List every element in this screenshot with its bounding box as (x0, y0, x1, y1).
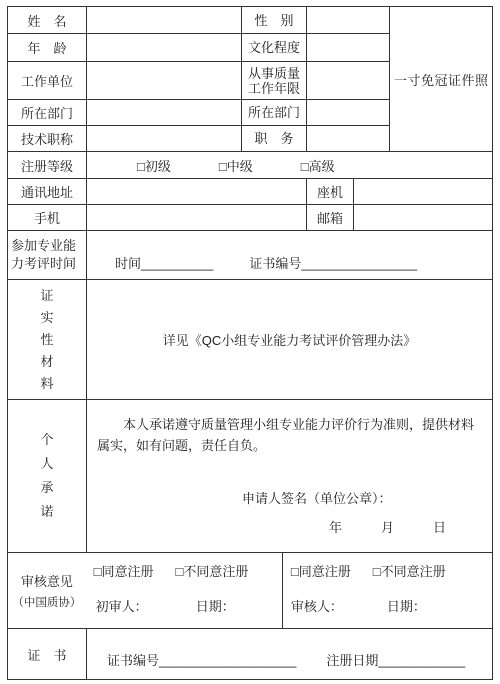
first-reviewer-field[interactable]: 初审人： (96, 596, 148, 615)
certificate-content: 证书编号___________________ 注册日期____________ (86, 629, 492, 679)
first-review-date-field[interactable]: 日期： (196, 596, 235, 615)
evidence-label: 证实性材料 (40, 285, 55, 395)
exam-cert-no-field[interactable]: 证书编号________________ (249, 253, 417, 272)
personal-info-grid: 姓 名 性 别 年 龄 文化程度 工作单位 从事质量工作年限 所在部门 所在部 (8, 7, 389, 151)
department2-label: 所在部门 (241, 100, 306, 125)
email-label: 邮箱 (306, 205, 353, 230)
register-level-row: 注册等级 □初级 □中级 □高级 (8, 151, 492, 178)
department2-input-cell[interactable] (306, 100, 389, 125)
checkbox-second-agree[interactable]: □同意注册 (291, 561, 351, 580)
department-label: 所在部门 (8, 100, 86, 125)
address-input-cell[interactable] (86, 179, 306, 204)
evidence-row: 证实性材料 详见《QC小组专业能力考试评价管理办法》 (8, 279, 492, 399)
first-review-options: □同意注册 □不同意注册 (94, 561, 282, 580)
tech-title-input-cell[interactable] (86, 126, 241, 151)
address-row: 通讯地址 座机 (8, 178, 492, 204)
gender-input-cell[interactable] (306, 7, 389, 33)
tech-title-label: 技术职称 (8, 126, 86, 151)
checkbox-junior[interactable]: □初级 (137, 156, 171, 175)
position-input-cell[interactable] (306, 126, 389, 151)
table-row: 工作单位 从事质量工作年限 (8, 61, 389, 99)
registration-date-field[interactable]: 注册日期____________ (326, 650, 465, 669)
work-unit-label: 工作单位 (8, 62, 86, 99)
checkbox-first-agree[interactable]: □同意注册 (94, 561, 154, 580)
exam-time-label: 参加专业能力考评时间 (8, 231, 86, 279)
second-review-date-field[interactable]: 日期： (387, 596, 426, 615)
education-label: 文化程度 (241, 34, 306, 61)
certificate-label: 证 书 (8, 629, 86, 679)
review-label: 审核意见 (21, 571, 73, 590)
exam-time-row: 参加专业能力考评时间 时间__________ 证书编号____________… (8, 230, 492, 279)
register-level-options: □初级 □中级 □高级 (86, 152, 492, 178)
commitment-label-cell: 个人承诺 (8, 400, 86, 552)
certificate-no-field[interactable]: 证书编号___________________ (107, 650, 296, 669)
table-row: 技术职称 职 务 (8, 125, 389, 151)
name-label: 姓 名 (8, 7, 86, 33)
review-org-label: （中国质协） (12, 594, 81, 610)
department-input-cell[interactable] (86, 100, 241, 125)
quality-years-label: 从事质量工作年限 (241, 62, 306, 99)
commitment-statement: 本人承诺遵守质量管理小组专业能力评价行为准则，提供材料属实，如有问题，责任自负。 (97, 414, 486, 456)
table-row: 所在部门 所在部门 (8, 99, 389, 125)
second-review-options: □同意注册 □不同意注册 (291, 561, 492, 580)
exam-time-field[interactable]: 时间__________ (115, 253, 213, 272)
table-row: 姓 名 性 别 (8, 7, 389, 33)
first-review-fields: 初审人： 日期： (94, 596, 282, 615)
email-input-cell[interactable] (353, 205, 492, 230)
applicant-signature-line[interactable]: 申请人签名（单位公章）： (97, 488, 486, 507)
position-label: 职 务 (241, 126, 306, 151)
review-label-cell: 审核意见 （中国质协） (8, 553, 86, 628)
review-row: 审核意见 （中国质协） □同意注册 □不同意注册 初审人： 日期： □同意注册 … (8, 552, 492, 628)
gender-label: 性 别 (241, 7, 306, 33)
work-unit-input-cell[interactable] (86, 62, 241, 99)
checkbox-senior[interactable]: □高级 (301, 156, 335, 175)
mobile-input-cell[interactable] (86, 205, 306, 230)
photo-placeholder-cell: 一寸免冠证件照 (389, 7, 492, 151)
evidence-content: 详见《QC小组专业能力考试评价管理办法》 (86, 280, 492, 399)
second-review-cell: □同意注册 □不同意注册 审核人： 日期： (282, 553, 492, 628)
checkbox-second-disagree[interactable]: □不同意注册 (373, 561, 446, 580)
mobile-label: 手机 (8, 205, 86, 230)
personal-info-section: 姓 名 性 别 年 龄 文化程度 工作单位 从事质量工作年限 所在部门 所在部 (8, 7, 492, 151)
age-input-cell[interactable] (86, 34, 241, 61)
certificate-row: 证 书 证书编号___________________ 注册日期________… (8, 628, 492, 679)
mobile-row: 手机 邮箱 (8, 204, 492, 230)
checkbox-first-disagree[interactable]: □不同意注册 (176, 561, 249, 580)
commitment-content: 本人承诺遵守质量管理小组专业能力评价行为准则，提供材料属实，如有问题，责任自负。… (86, 400, 492, 552)
registration-form: 姓 名 性 别 年 龄 文化程度 工作单位 从事质量工作年限 所在部门 所在部 (7, 6, 493, 680)
address-label: 通讯地址 (8, 179, 86, 204)
register-level-label: 注册等级 (8, 152, 86, 178)
landline-input-cell[interactable] (353, 179, 492, 204)
evidence-label-cell: 证实性材料 (8, 280, 86, 399)
checkbox-intermediate[interactable]: □中级 (219, 156, 253, 175)
education-input-cell[interactable] (306, 34, 389, 61)
second-review-fields: 审核人： 日期： (291, 596, 492, 615)
commitment-date-line[interactable]: 年 月 日 (97, 517, 486, 536)
landline-label: 座机 (306, 179, 353, 204)
exam-time-content: 时间__________ 证书编号________________ (86, 231, 492, 279)
name-input-cell[interactable] (86, 7, 241, 33)
commitment-label: 个人承诺 (40, 428, 55, 524)
first-review-cell: □同意注册 □不同意注册 初审人： 日期： (86, 553, 282, 628)
age-label: 年 龄 (8, 34, 86, 61)
quality-years-input-cell[interactable] (306, 62, 389, 99)
second-reviewer-field[interactable]: 审核人： (291, 596, 343, 615)
table-row: 年 龄 文化程度 (8, 33, 389, 61)
commitment-row: 个人承诺 本人承诺遵守质量管理小组专业能力评价行为准则，提供材料属实，如有问题，… (8, 399, 492, 552)
